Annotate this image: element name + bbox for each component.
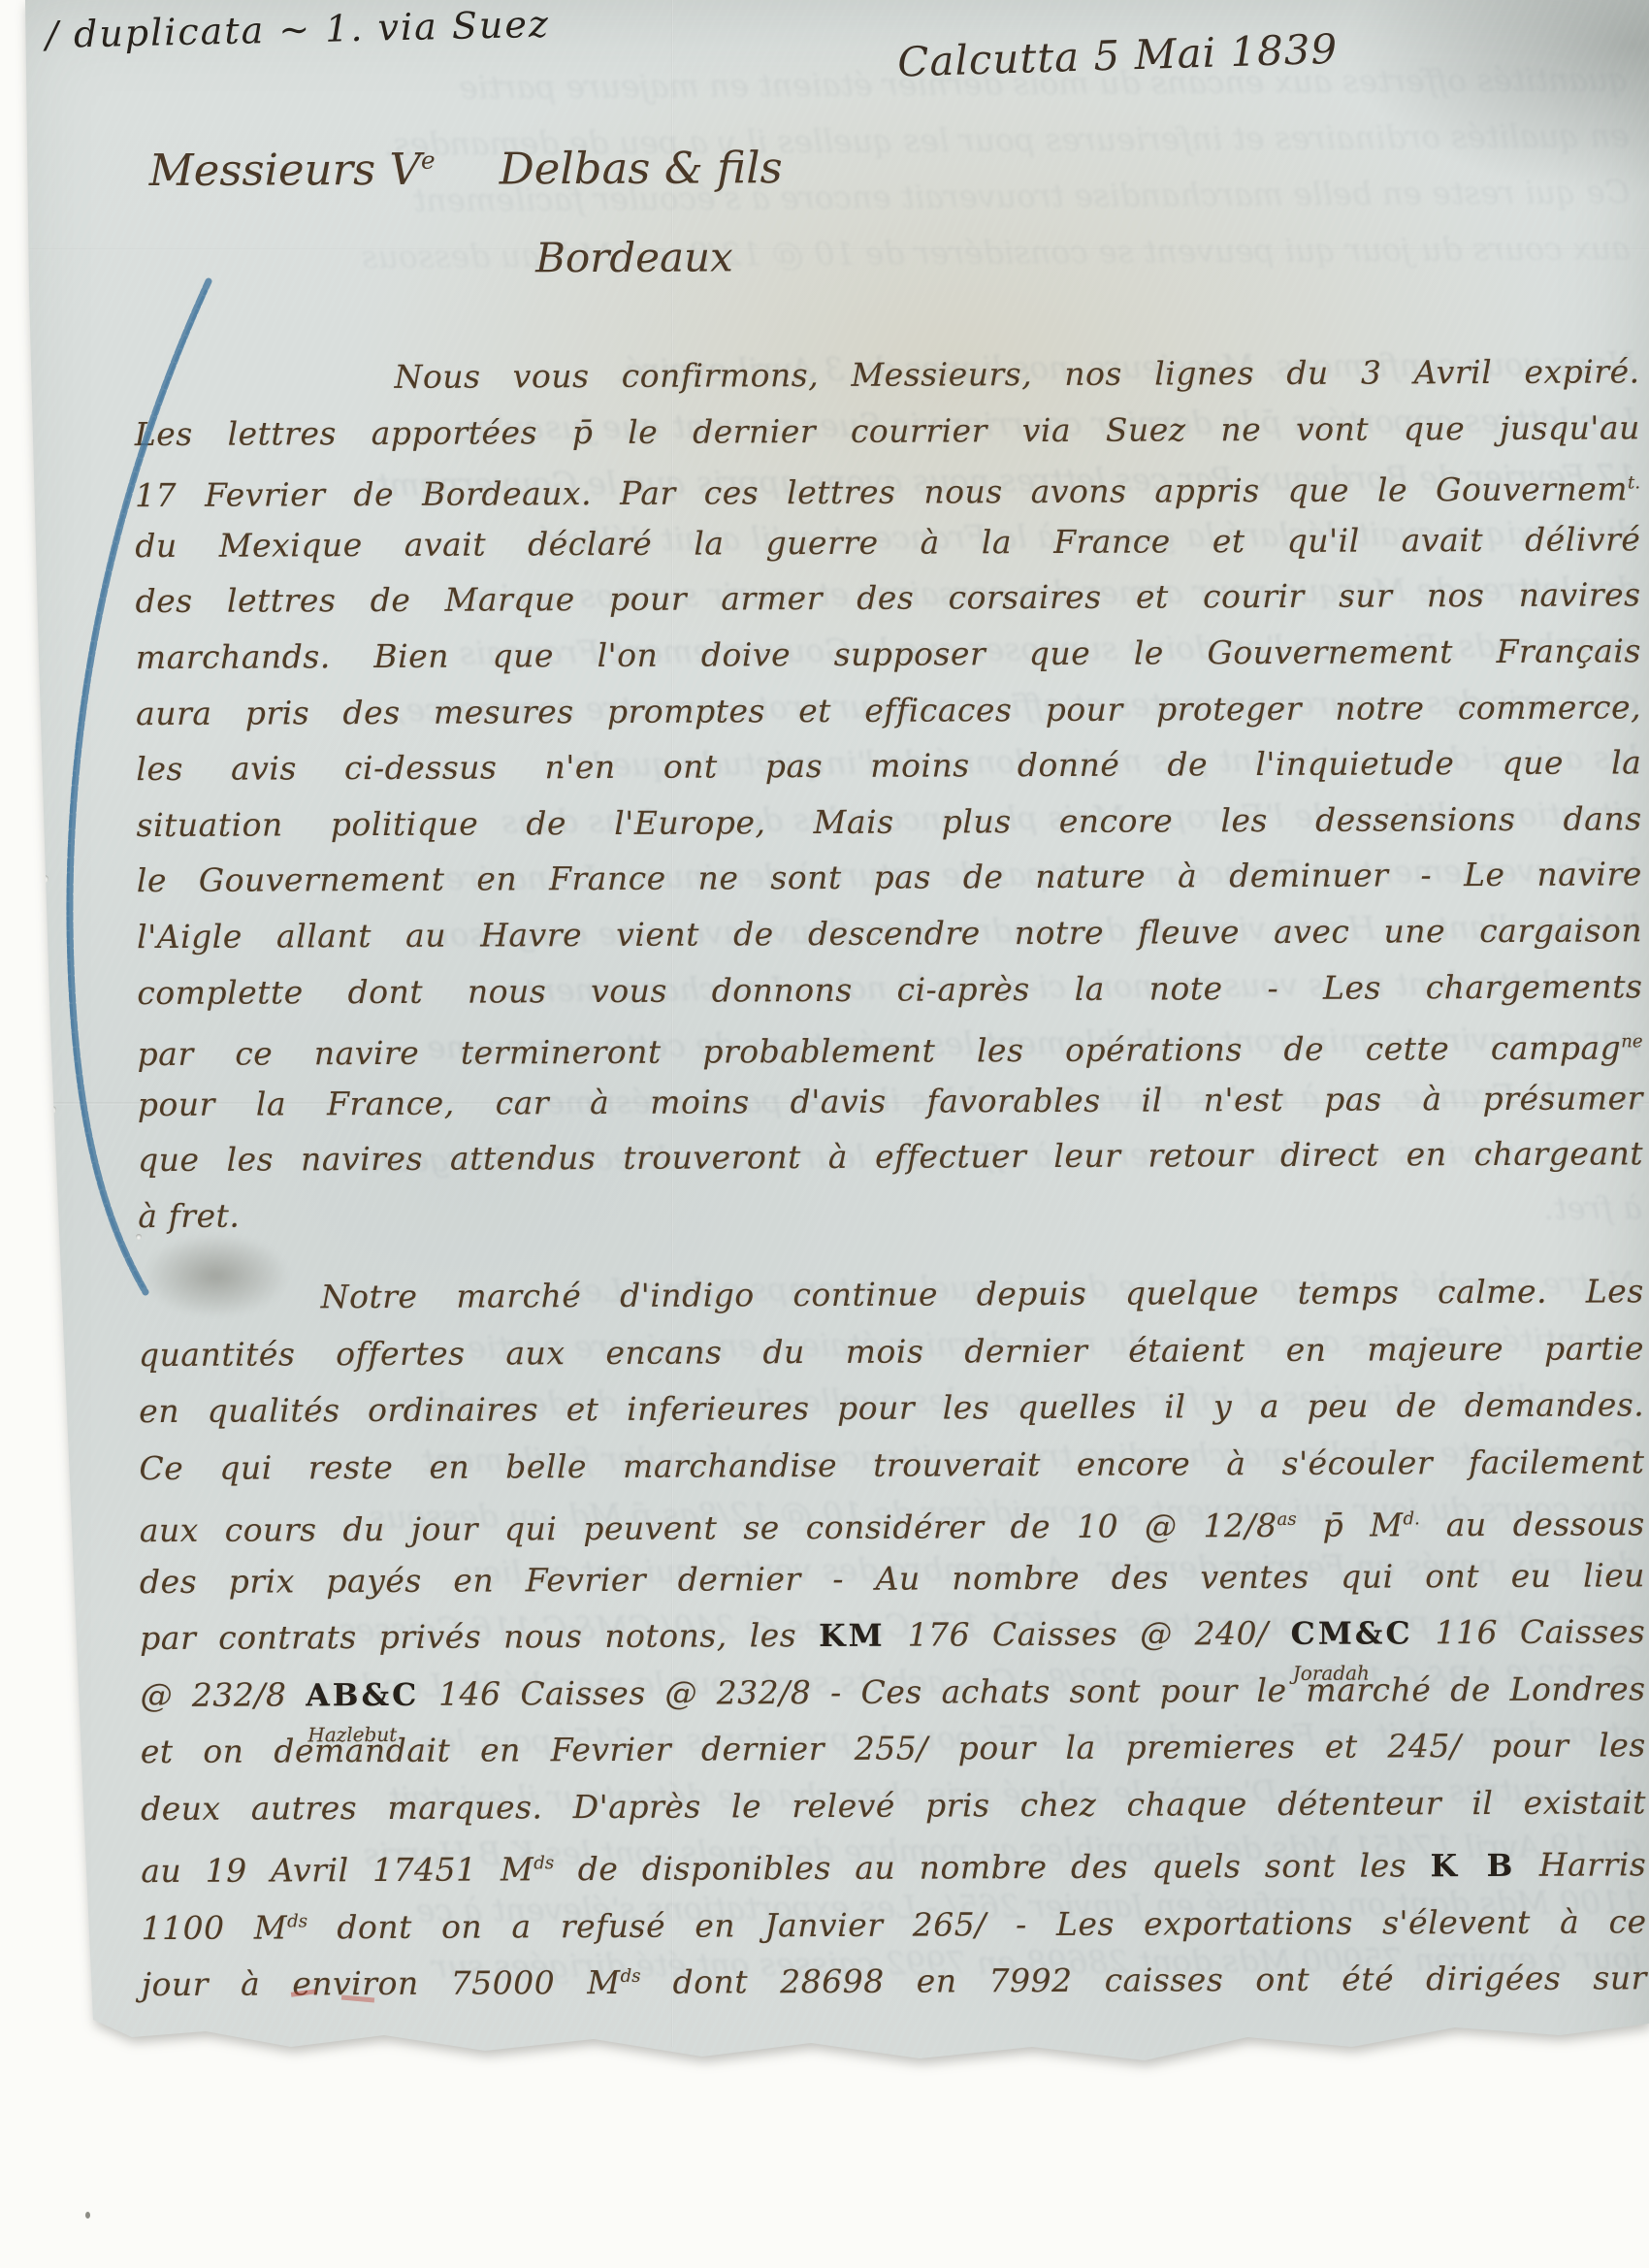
handwritten-text: 1100 Mds — [141, 1908, 307, 1947]
letter-line: @ 232/8 AB&CHazlebut 146 Caisses @ 232/8… — [140, 1661, 1645, 1724]
letter-line: en qualités ordinaires et inferieures po… — [139, 1377, 1644, 1440]
letter-line: aux cours du jour qui peuvent se considé… — [140, 1490, 1645, 1553]
handwritten-text: des prix payés en Fevrier dernier - Au n… — [140, 1556, 1645, 1601]
handwritten-text: l'Aigle allant au Havre vient de descend… — [137, 911, 1642, 956]
letter-line: 17 Fevrier de Bordeaux. Par ces lettres … — [135, 456, 1640, 518]
letter-line: les avis ci-dessus n'en ont pas moins do… — [136, 734, 1641, 796]
letter-line: Nous vous confirmons, Messieurs, nos lig… — [134, 343, 1639, 405]
paragraph-news: Nous vous confirmons, Messieurs, nos lig… — [134, 343, 1643, 1244]
handwritten-text: le Gouvernement en France ne sont pas de… — [137, 856, 1642, 900]
handwritten-text: deux autres marques. D'après le relevé p… — [141, 1783, 1646, 1828]
handwritten-text: Notre marché d'indigo continue depuis qu… — [321, 1272, 1644, 1315]
letter-line: situation politique de l'Europe, Mais pl… — [136, 791, 1641, 853]
recipient-name: Messieurs VeDelbas & fils — [149, 142, 783, 196]
handwritten-text: 116 Caisses — [1413, 1612, 1646, 1651]
letter-line: au 19 Avril 17451 Mds de disponibles au … — [141, 1831, 1646, 1894]
handwritten-text: des lettres de Marque pour armer des cor… — [136, 576, 1641, 621]
handwritten-text: les avis ci-dessus n'en ont pas moins do… — [136, 743, 1641, 788]
handwritten-text: que les navires attendus trouveront à ef… — [138, 1135, 1643, 1180]
paragraph-indigo-market: Notre marché d'indigo continue depuis qu… — [139, 1263, 1647, 2007]
pin-hole — [136, 1234, 142, 1240]
letter-line: pour la France, car à moins d'avis favor… — [138, 1070, 1643, 1132]
handwritten-text: aux cours du jour qui peuvent se considé… — [140, 1507, 1297, 1549]
letter-line: à fret. — [138, 1182, 1643, 1244]
recipient-firm: Delbas & fils — [500, 142, 783, 194]
letter-line: Notre marché d'indigo continue depuis qu… — [139, 1263, 1644, 1326]
merchant-mark: K B — [1430, 1848, 1515, 1884]
letter-line: par contrats privés nous notons, les KM … — [140, 1604, 1645, 1667]
pin-hole — [41, 875, 48, 883]
mark-annotation: Hazlebut — [307, 1705, 397, 1763]
duplicata-annotation: / duplicata ~ 1. via Suez — [46, 3, 551, 56]
handwritten-text: au dessous — [1420, 1505, 1645, 1543]
letter-line: deux autres marques. D'après le relevé p… — [141, 1774, 1646, 1837]
pin-hole — [48, 1106, 56, 1114]
handwritten-text: quantités offertes aux encans du mois de… — [139, 1329, 1644, 1374]
handwritten-text: jour à environ 75000 Mds — [142, 1963, 641, 2003]
red-margin-dot — [2, 718, 7, 728]
letter-line: que les navires attendus trouveront à ef… — [138, 1126, 1643, 1188]
handwritten-text: par ce navire termineront probablement l… — [138, 1028, 1643, 1073]
handwritten-text: Nous vous confirmons, Messieurs, nos lig… — [395, 352, 1640, 396]
handwritten-text: p̄ Md. — [1297, 1506, 1420, 1544]
handwritten-text: 176 Caisses @ 240/ — [886, 1614, 1291, 1654]
handwritten-text: de disponibles au nombre des quels sont … — [554, 1846, 1430, 1888]
letter-line: le Gouvernement en France ne sont pas de… — [137, 847, 1642, 909]
handwritten-text: marchands. Bien que l'on doive supposer … — [136, 632, 1641, 676]
merchant-mark: CM&CJoradah — [1290, 1605, 1412, 1663]
recipient-salutation-sup: e — [421, 146, 436, 175]
handwritten-text: Ce qui reste en belle marchandise trouve… — [139, 1442, 1644, 1487]
letter-line: l'Aigle allant au Havre vient de descend… — [137, 902, 1642, 964]
letter-line: marchands. Bien que l'on doive supposer … — [136, 623, 1641, 685]
gray-smudge — [144, 1234, 289, 1317]
letter-line: Ce qui reste en belle marchandise trouve… — [139, 1434, 1644, 1497]
letter-content: / duplicata ~ 1. via Suez Calcutta 5 Mai… — [0, 0, 1649, 2268]
handwritten-text: 146 Caisses @ 232/8 - Ces achats sont po… — [419, 1669, 1645, 1713]
letter-line: des prix payés en Fevrier dernier - Au n… — [140, 1547, 1645, 1610]
handwritten-text: pour la France, car à moins d'avis favor… — [138, 1079, 1643, 1123]
letter-line: par ce navire termineront probablement l… — [137, 1014, 1642, 1076]
letter-line: quantités offertes aux encans du mois de… — [139, 1320, 1644, 1383]
handwritten-text: Les lettres apportées p̄ le dernier cour… — [135, 408, 1640, 453]
merchant-mark: AB&CHazlebut — [306, 1667, 419, 1724]
handwritten-text: du Mexique avait déclaré la guerre à la … — [135, 520, 1640, 565]
handwritten-text: complette dont nous vous donnons ci-aprè… — [137, 967, 1642, 1012]
handwritten-text: Harris — [1515, 1845, 1646, 1884]
handwritten-text: aura pris des mesures promptes et effica… — [136, 688, 1641, 732]
letter-line: complette dont nous vous donnons ci-aprè… — [137, 958, 1642, 1021]
scan-speck — [85, 2212, 90, 2219]
handwritten-text: en qualités ordinaires et inferieures po… — [139, 1385, 1644, 1430]
handwritten-text: @ 232/8 — [140, 1675, 306, 1714]
merchant-mark: KM — [819, 1618, 886, 1654]
letter-line: du Mexique avait déclaré la guerre à la … — [135, 511, 1640, 573]
dateline: Calcutta 5 Mai 1839 — [897, 25, 1339, 86]
recipient-salutation: Messieurs V — [149, 144, 422, 196]
mark-annotation: Joradah — [1293, 1645, 1370, 1702]
recipient-city: Bordeaux — [535, 233, 733, 281]
letter-paper: Nous vous confirmons, Messieurs, nos lig… — [0, 0, 1649, 2268]
handwritten-text: dont on a refusé en Janvier 265/ - Les e… — [307, 1902, 1647, 1946]
handwritten-text: au 19 Avril 17451 Mds — [141, 1850, 554, 1890]
letter-line: Les lettres apportées p̄ le dernier cour… — [135, 400, 1640, 462]
handwritten-text: 17 Fevrier de Bordeaux. Par ces lettres … — [135, 470, 1640, 515]
letter-line: aura pris des mesures promptes et effica… — [136, 679, 1641, 741]
letter-line: 1100 Mds dont on a refusé en Janvier 265… — [141, 1888, 1646, 1951]
handwritten-text: situation politique de l'Europe, Mais pl… — [137, 799, 1642, 844]
handwritten-text: par contrats privés nous notons, les — [140, 1616, 819, 1657]
red-margin-mark — [4, 1055, 10, 1085]
letter-line: des lettres de Marque pour armer des cor… — [135, 567, 1640, 630]
letter-scan: Nous vous confirmons, Messieurs, nos lig… — [0, 0, 1649, 2268]
handwritten-text: dont 28698 en 7992 caisses ont été dirig… — [640, 1959, 1646, 2001]
handwritten-text: à fret. — [138, 1197, 240, 1235]
